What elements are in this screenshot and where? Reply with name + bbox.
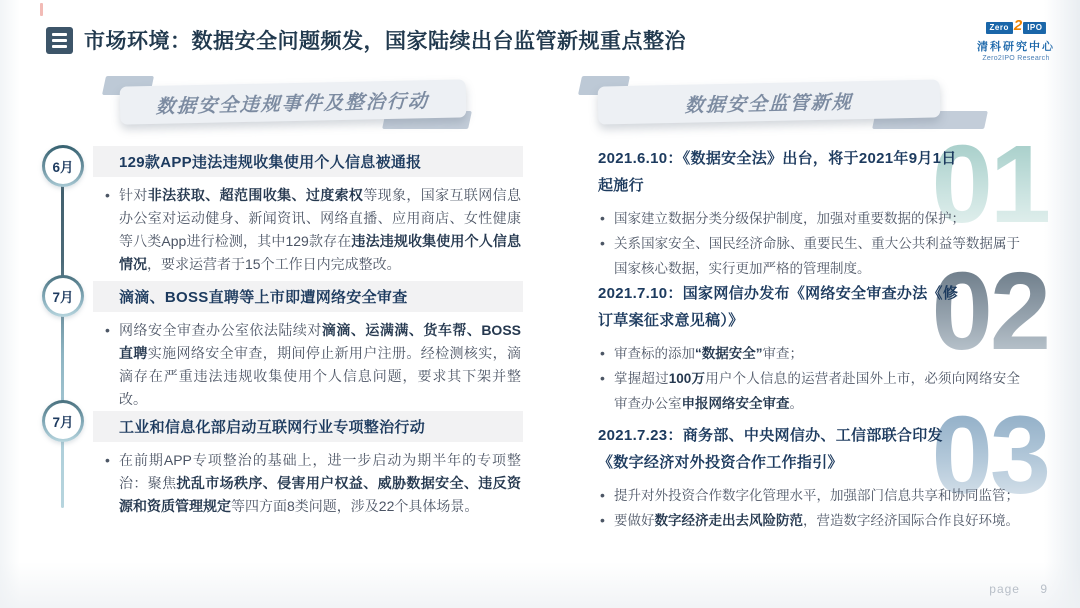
regulation-item: 02 2021.7.10：国家网信办发布《网络安全审查办法《修订草案征求意见稿）… [598,280,1038,416]
logo-ipo-box: IPO [1023,22,1046,34]
page-title: 市场环境：数据安全问题频发，国家陆续出台监管新规重点整治 [84,25,686,55]
timeline-line [61,165,64,508]
regulation-bullet-row: • 提升对外投资合作数字化管理水平，加强部门信息共享和协同监管； [598,483,1038,508]
banner-left-section: 数据安全违规事件及整治行动 [100,74,472,130]
timeline-month-label: 7月 [42,400,84,442]
regulation-bullet-row: • 审查标的添加“数据安全”审查； [598,341,1038,366]
event-item: 工业和信息化部启动互联网行业专项整治行动 • 在前期APP专项整治的基础上，进一… [93,411,523,518]
regulation-bullet-row: • 要做好数字经济走出去风险防范，营造数字经济国际合作良好环境。 [598,508,1038,533]
list-icon [46,27,73,54]
regulation-bullets: • 国家建立数据分类分级保护制度，加强对重要数据的保护； • 关系国家安全、国民… [598,206,1038,281]
bullet-icon: • [600,231,614,281]
banner-left-label: 数据安全违规事件及整治行动 [156,86,430,119]
regulation-bullet-text: 提升对外投资合作数字化管理水平，加强部门信息共享和协同监管； [614,483,1020,508]
page-footer: page 9 [989,582,1048,596]
edge-shading-right [1044,0,1080,608]
event-title-bar: 129款APP违法违规收集使用个人信息被通报 [93,146,523,177]
timeline-month-badge: 7月 [42,275,84,317]
event-body: • 在前期APP专项整治的基础上，进一步启动为期半年的专项整治：聚焦扰乱市场秩序… [93,449,523,518]
page-label: page [989,582,1020,596]
bullet-icon: • [105,184,119,276]
regulation-item: 03 2021.7.23：商务部、中央网信办、工信部联合印发《数字经济对外投资合… [598,422,1038,533]
timeline-month-label: 6月 [42,145,84,187]
zero2ipo-logo: Zero 2 IPO 清科研究中心 Zero2IPO Research [968,20,1064,62]
event-description: 网络安全审查办公室依法陆续对滴滴、运满满、货车帮、BOSS直聘实施网络安全审查，… [119,319,521,411]
regulation-bullets: • 审查标的添加“数据安全”审查； • 掌握超过100万用户个人信息的运营者赴国… [598,341,1038,416]
event-item: 滴滴、BOSS直聘等上市即遭网络安全审查 • 网络安全审查办公室依法陆续对滴滴、… [93,281,523,411]
regulation-bullet-row: • 掌握超过100万用户个人信息的运营者赴国外上市，必须向网络安全审查办公室申报… [598,366,1038,416]
bullet-icon: • [600,341,614,366]
regulation-bullet-text: 掌握超过100万用户个人信息的运营者赴国外上市，必须向网络安全审查办公室申报网络… [614,366,1020,416]
event-body: • 针对非法获取、超范围收集、过度索权等现象，国家互联网信息办公室对运动健身、新… [93,184,523,276]
banner-left-plate: 数据安全违规事件及整治行动 [120,79,467,124]
banner-right-plate: 数据安全监管新规 [598,79,941,124]
regulation-bullet-text: 国家建立数据分类分级保护制度，加强对重要数据的保护； [614,206,1020,231]
logo-cn-name: 清科研究中心 [968,38,1064,54]
event-item: 129款APP违法违规收集使用个人信息被通报 • 针对非法获取、超范围收集、过度… [93,146,523,276]
event-title-bar: 工业和信息化部启动互联网行业专项整治行动 [93,411,523,442]
event-title-bar: 滴滴、BOSS直聘等上市即遭网络安全审查 [93,281,523,312]
red-tick-decoration [40,3,43,16]
logo-two-digit: 2 [1014,18,1022,33]
regulation-title: 2021.6.10：《数据安全法》出台，将于2021年9月1日起施行 [598,145,966,199]
logo-en-name: Zero2IPO Research [968,55,1064,62]
event-description: 针对非法获取、超范围收集、过度索权等现象，国家互联网信息办公室对运动健身、新闻资… [119,184,521,276]
banner-right-label: 数据安全监管新规 [684,87,853,118]
regulation-bullets: • 提升对外投资合作数字化管理水平，加强部门信息共享和协同监管； • 要做好数字… [598,483,1038,533]
timeline-month-badge: 6月 [42,145,84,187]
timeline-month-label: 7月 [42,275,84,317]
regulation-bullet-text: 关系国家安全、国民经济命脉、重要民生、重大公共利益等数据属于国家核心数据，实行更… [614,231,1020,281]
regulation-item: 01 2021.6.10：《数据安全法》出台，将于2021年9月1日起施行 • … [598,145,1038,281]
bullet-icon: • [600,483,614,508]
bullet-icon: • [600,366,614,416]
event-body: • 网络安全审查办公室依法陆续对滴滴、运满满、货车帮、BOSS直聘实施网络安全审… [93,319,523,411]
page-number: 9 [1040,582,1048,596]
timeline-month-badge: 7月 [42,400,84,442]
regulation-bullet-text: 审查标的添加“数据安全”审查； [614,341,1020,366]
regulation-bullet-row: • 关系国家安全、国民经济命脉、重要民生、重大公共利益等数据属于国家核心数据，实… [598,231,1038,281]
event-title: 滴滴、BOSS直聘等上市即遭网络安全审查 [93,286,408,307]
logo-wordmark: Zero 2 IPO [968,20,1064,35]
regulation-bullet-row: • 国家建立数据分类分级保护制度，加强对重要数据的保护； [598,206,1038,231]
bullet-icon: • [600,508,614,533]
edge-shading-left [0,0,20,608]
bullet-icon: • [105,319,119,411]
bullet-icon: • [600,206,614,231]
banner-right-section: 数据安全监管新规 [576,74,986,130]
event-title: 工业和信息化部启动互联网行业专项整治行动 [93,416,425,437]
slide-canvas: 市场环境：数据安全问题频发，国家陆续出台监管新规重点整治 Zero 2 IPO … [0,0,1080,608]
regulation-bullet-text: 要做好数字经济走出去风险防范，营造数字经济国际合作良好环境。 [614,508,1020,533]
regulation-title: 2021.7.23：商务部、中央网信办、工信部联合印发《数字经济对外投资合作工作… [598,422,966,476]
bullet-icon: • [105,449,119,518]
logo-zero-box: Zero [986,22,1013,34]
event-title: 129款APP违法违规收集使用个人信息被通报 [93,151,421,172]
regulation-title: 2021.7.10：国家网信办发布《网络安全审查办法《修订草案征求意见稿）》 [598,280,966,334]
event-description: 在前期APP专项整治的基础上，进一步启动为期半年的专项整治：聚焦扰乱市场秩序、侵… [119,449,521,518]
edge-shading-bottom [0,562,1080,608]
